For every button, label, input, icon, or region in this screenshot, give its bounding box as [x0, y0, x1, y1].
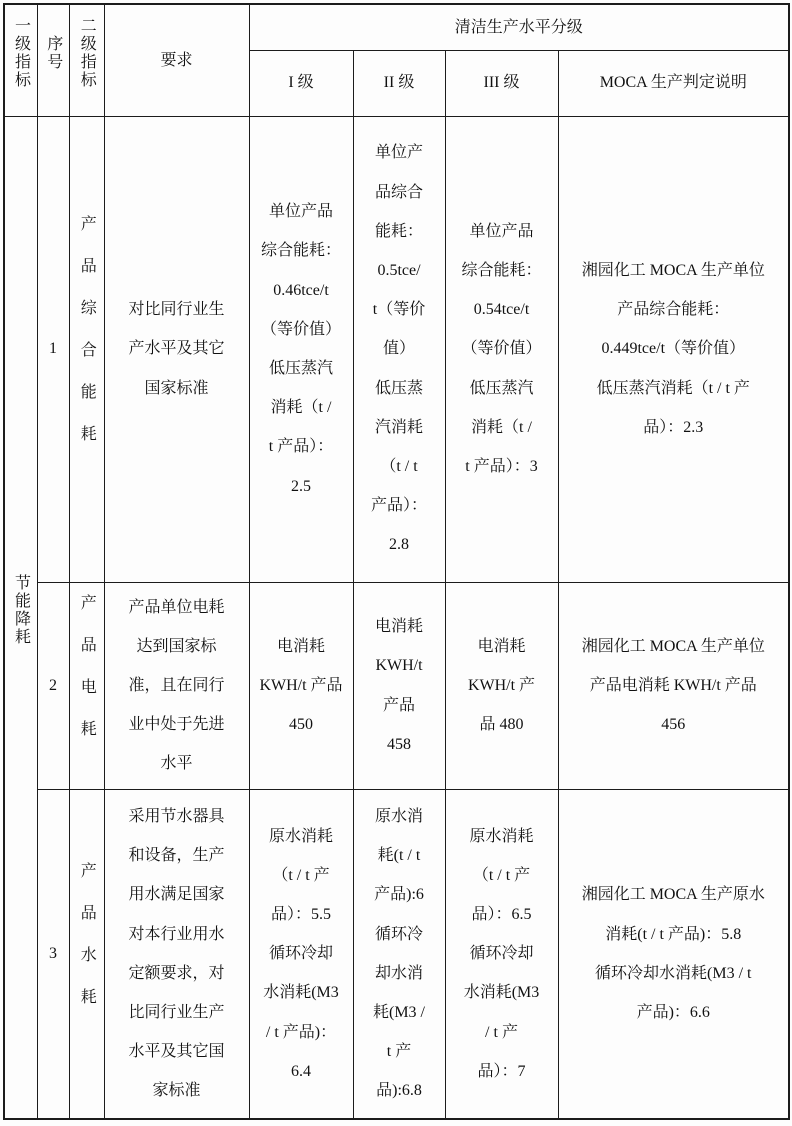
level2-electricity-label: 产品电耗: [78, 594, 96, 762]
table-body: 节能降耗 1 产品综合能耗 对比同行业生 产水平及其它 国家标准 单位产品 综合…: [4, 116, 789, 1119]
level2-water-label: 产品水耗: [78, 862, 96, 1030]
cell-r3-grade2: 原水消 耗(t / t 产品):6 循环冷 却水消 耗(M3 / t 产 品):…: [353, 789, 445, 1119]
table-row-energy: 节能降耗 1 产品综合能耗 对比同行业生 产水平及其它 国家标准 单位产品 综合…: [4, 116, 789, 582]
cell-level2-water: 产品水耗: [69, 789, 104, 1119]
table-header: 一级指标 序号 二级指标 要求 清洁生产水平分级 I 级 II 级 III 级 …: [4, 4, 789, 116]
cell-seq-3: 3: [37, 789, 69, 1119]
cell-r3-grade3: 原水消耗 （t / t 产 品）：6.5 循环冷却 水消耗(M3 / t 产 品…: [445, 789, 558, 1119]
header-requirement: 要求: [104, 4, 249, 116]
cell-r2-moca: 湘园化工 MOCA 生产单位 产品电消耗 KWH/t 产品 456: [558, 582, 789, 789]
cell-requirement-1: 对比同行业生 产水平及其它 国家标准: [104, 116, 249, 582]
cell-r2-grade1: 电消耗 KWH/t 产品 450: [249, 582, 353, 789]
header-row-top: 一级指标 序号 二级指标 要求 清洁生产水平分级: [4, 4, 789, 50]
cell-r2-grade2: 电消耗 KWH/t 产品 458: [353, 582, 445, 789]
header-level1-indicator: 一级指标: [4, 4, 37, 116]
level1-category-label: 节能降耗: [12, 574, 30, 646]
cell-level1-category: 节能降耗: [4, 116, 37, 1119]
cell-requirement-2: 产品单位电耗 达到国家标 准，且在同行 业中处于先进 水平: [104, 582, 249, 789]
cell-requirement-3: 采用节水器具 和设备，生产 用水满足国家 对本行业用水 定额要求，对 比同行业生…: [104, 789, 249, 1119]
header-level1-indicator-label: 一级指标: [12, 17, 30, 89]
header-grading-group: 清洁生产水平分级: [249, 4, 789, 50]
table-row-water: 3 产品水耗 采用节水器具 和设备，生产 用水满足国家 对本行业用水 定额要求，…: [4, 789, 789, 1119]
cell-r3-grade1: 原水消耗 （t / t 产 品）：5.5 循环冷却 水消耗(M3 / t 产品)…: [249, 789, 353, 1119]
cell-seq-2: 2: [37, 582, 69, 789]
cell-seq-1: 1: [37, 116, 69, 582]
header-moca-judgement: MOCA 生产判定说明: [558, 50, 789, 116]
level2-energy-label: 产品综合能耗: [78, 215, 96, 467]
cell-level2-energy: 产品综合能耗: [69, 116, 104, 582]
header-seq-label: 序号: [44, 35, 62, 71]
cell-r3-moca: 湘园化工 MOCA 生产原水 消耗(t / t 产品)：5.8 循环冷却水消耗(…: [558, 789, 789, 1119]
header-grade-3: III 级: [445, 50, 558, 116]
header-grade-2: II 级: [353, 50, 445, 116]
header-level2-indicator: 二级指标: [69, 4, 104, 116]
cell-r1-grade1: 单位产品 综合能耗： 0.46tce/t （等价值） 低压蒸汽 消耗（t / t…: [249, 116, 353, 582]
header-grade-1: I 级: [249, 50, 353, 116]
cell-r1-grade3: 单位产品 综合能耗： 0.54tce/t （等价值） 低压蒸汽 消耗（t / t…: [445, 116, 558, 582]
table-row-electricity: 2 产品电耗 产品单位电耗 达到国家标 准，且在同行 业中处于先进 水平 电消耗…: [4, 582, 789, 789]
cell-r1-grade2: 单位产 品综合 能耗： 0.5tce/ t（等价 值） 低压蒸 汽消耗 （t /…: [353, 116, 445, 582]
header-level2-indicator-label: 二级指标: [78, 17, 96, 89]
cell-r1-moca: 湘园化工 MOCA 生产单位 产品综合能耗： 0.449tce/t（等价值） 低…: [558, 116, 789, 582]
header-seq: 序号: [37, 4, 69, 116]
clean-production-grading-table: 一级指标 序号 二级指标 要求 清洁生产水平分级 I 级 II 级 III 级 …: [3, 3, 790, 1120]
cell-r2-grade3: 电消耗 KWH/t 产 品 480: [445, 582, 558, 789]
document-page: 一级指标 序号 二级指标 要求 清洁生产水平分级 I 级 II 级 III 级 …: [0, 0, 792, 1126]
cell-level2-electricity: 产品电耗: [69, 582, 104, 789]
